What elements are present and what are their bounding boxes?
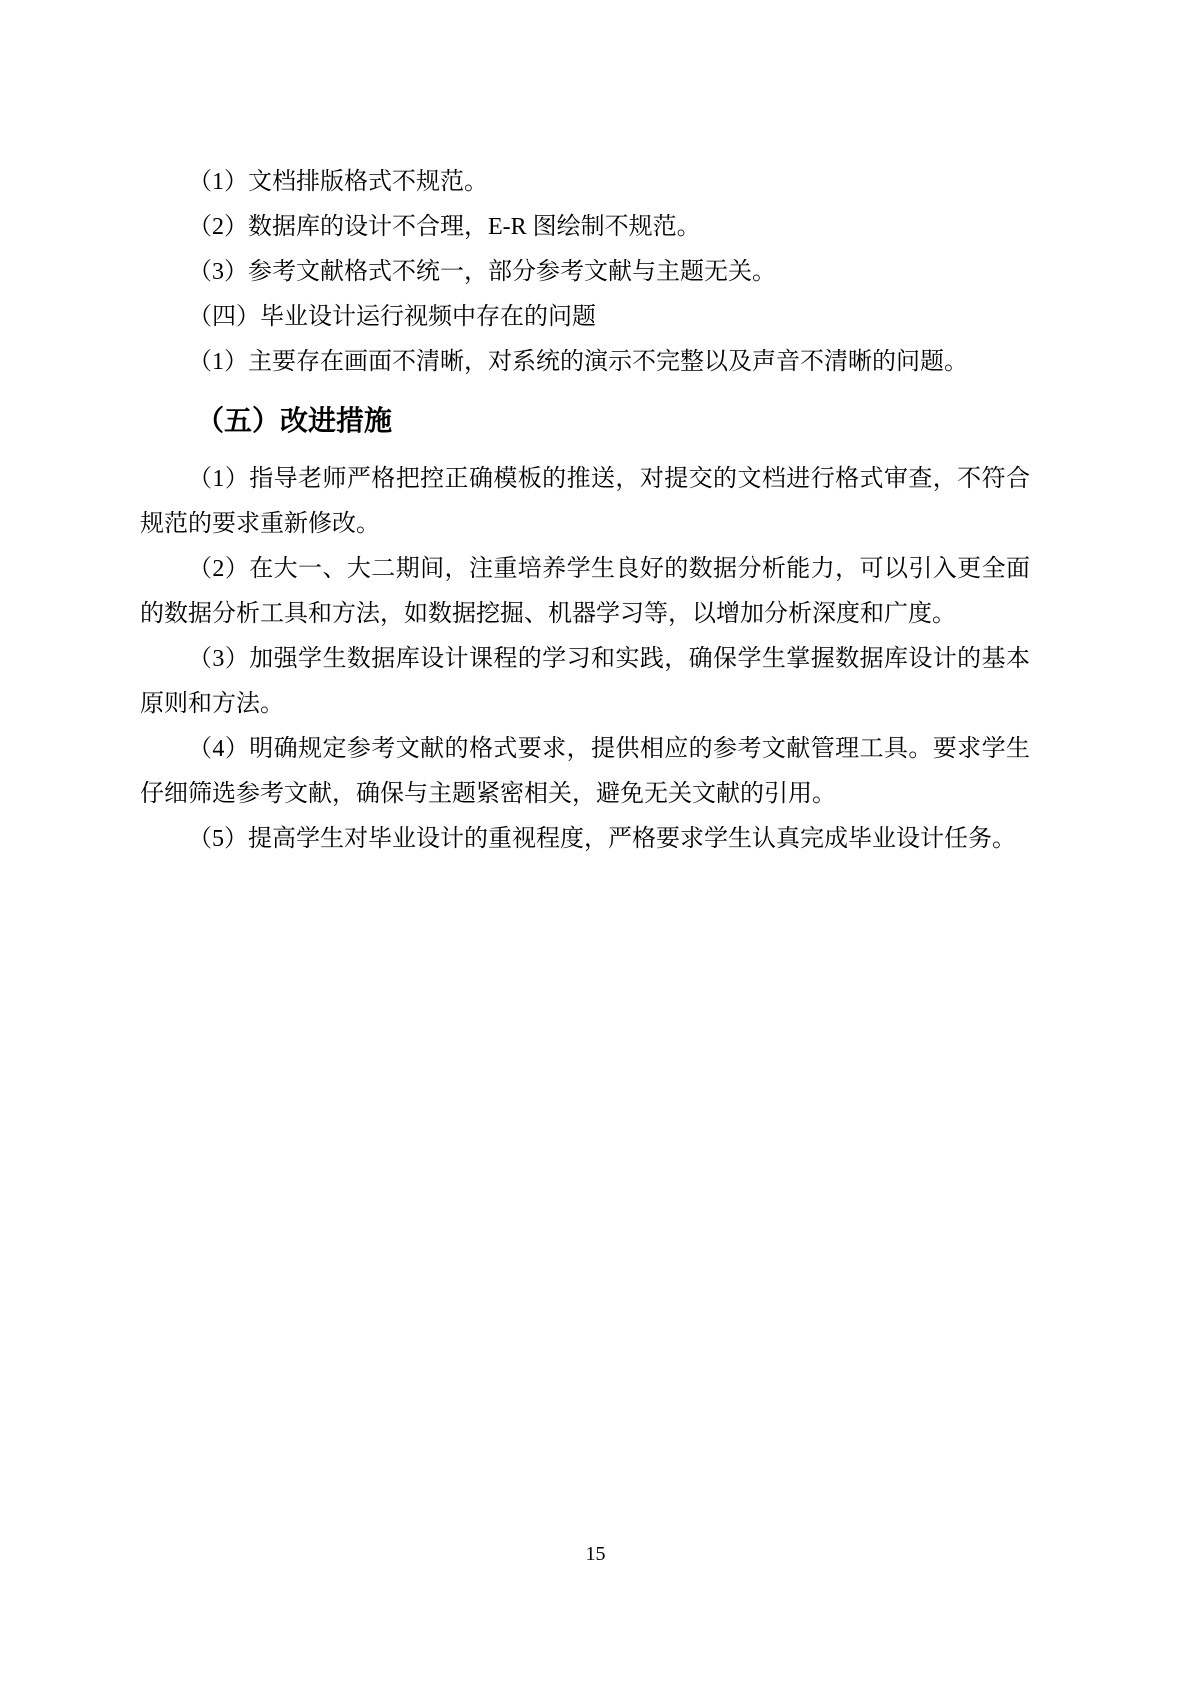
improvement-paragraph-4: （4）明确规定参考文献的格式要求，提供相应的参考文献管理工具。要求学生仔细筛选参…: [140, 727, 1030, 817]
issue-item-2: （2）数据库的设计不合理，E-R 图绘制不规范。: [140, 205, 1030, 250]
issue-item-3: （3）参考文献格式不统一，部分参考文献与主题无关。: [140, 250, 1030, 295]
improvement-paragraph-5: （5）提高学生对毕业设计的重视程度，严格要求学生认真完成毕业设计任务。: [140, 817, 1030, 862]
subsection-title-video-issues: （四）毕业设计运行视频中存在的问题: [140, 295, 1030, 340]
improvement-paragraph-2: （2）在大一、大二期间，注重培养学生良好的数据分析能力，可以引入更全面的数据分析…: [140, 547, 1030, 637]
section-heading-improvements: （五）改进措施: [140, 396, 1030, 446]
video-issue-item-1: （1）主要存在画面不清晰，对系统的演示不完整以及声音不清晰的问题。: [140, 340, 1030, 385]
page-content: （1）文档排版格式不规范。 （2）数据库的设计不合理，E-R 图绘制不规范。 （…: [140, 160, 1030, 862]
improvement-paragraph-3: （3）加强学生数据库设计课程的学习和实践，确保学生掌握数据库设计的基本原则和方法…: [140, 637, 1030, 727]
page-number: 15: [0, 1542, 1191, 1566]
document-page: （1）文档排版格式不规范。 （2）数据库的设计不合理，E-R 图绘制不规范。 （…: [0, 0, 1191, 1684]
improvement-paragraph-1: （1）指导老师严格把控正确模板的推送，对提交的文档进行格式审查，不符合规范的要求…: [140, 457, 1030, 547]
issue-item-1: （1）文档排版格式不规范。: [140, 160, 1030, 205]
